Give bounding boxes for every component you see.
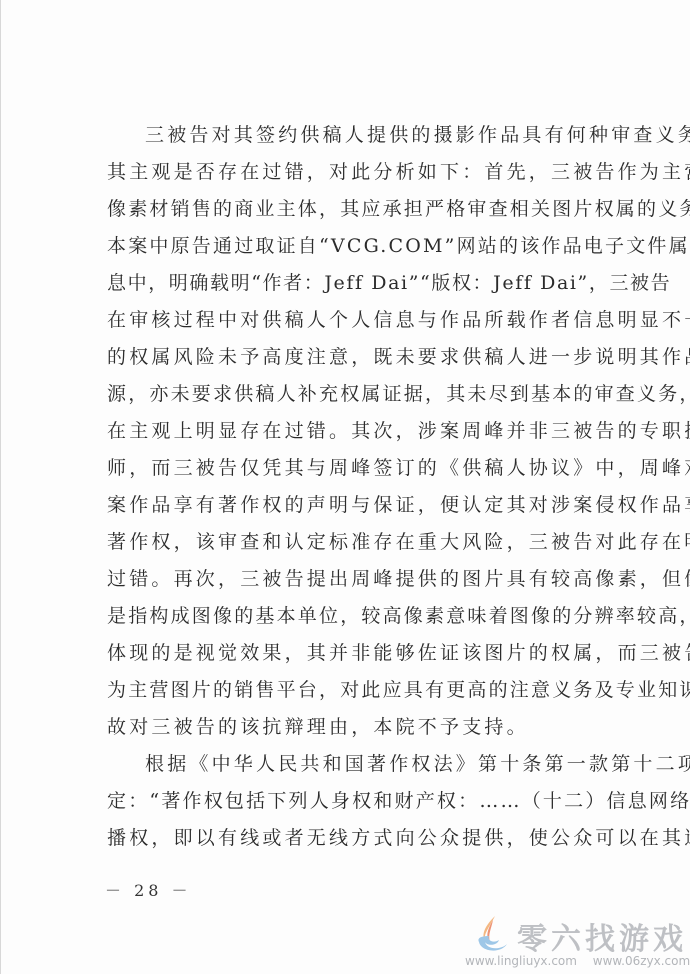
paragraph-1-line-2: 其主观是否存在过错，对此分析如下：首先，三被告作为主营图: [107, 154, 597, 191]
watermark: 零六找游戏 www.lingliuyx.com www.06zyx.com: [471, 912, 686, 970]
paragraph-1-line-9: 在主观上明显存在过错。其次，涉案周峰并非三被告的专职摄影: [107, 413, 597, 450]
paragraph-1-line-5: 息中，明确载明“作者：Jeff Dai”“版权：Jeff Dai”，三被告: [107, 265, 597, 302]
paragraph-1-line-8: 源，亦未要求供稿人补充权属证据，其未尽到基本的审查义务，: [107, 376, 597, 413]
paragraph-1-line-16: 为主营图片的销售平台，对此应具有更高的注意义务及专业知识，: [107, 672, 597, 709]
paragraph-1-line-4: 本案中原告通过取证自“VCG.COM”网站的该作品电子文件属性信: [107, 228, 597, 265]
paragraph-1-line-7: 的权属风险未予高度注意，既未要求供稿人进一步说明其作品来: [107, 339, 597, 376]
paragraph-2-line-3: 播权，即以有线或者无线方式向公众提供，使公众可以在其选定: [107, 820, 597, 857]
paragraph-1-line-1: 三被告对其签约供稿人提供的摄影作品具有何种审查义务，: [107, 117, 597, 154]
paragraph-1-line-14: 是指构成图像的基本单位，较高像素意味着图像的分辨率较高，: [107, 598, 597, 635]
paragraph-1-line-12: 著作权，该审查和认定标准存在重大风险，三被告对此存在明显: [107, 524, 597, 561]
paragraph-1-line-11: 案作品享有著作权的声明与保证，便认定其对涉案侵权作品享有: [107, 487, 597, 524]
paragraph-1-line-10: 师，而三被告仅凭其与周峰签订的《供稿人协议》中，周峰对涉: [107, 450, 597, 487]
watermark-url-2: www.06zyx.com: [593, 954, 690, 968]
paragraph-2-line-1: 根据《中华人民共和国著作权法》第十条第一款第十二项规: [107, 746, 597, 783]
flame-swirl-logo-icon: [471, 912, 515, 956]
paragraph-1-line-15: 体现的是视觉效果，其并非能够佐证该图片的权属，而三被告作: [107, 635, 597, 672]
watermark-urls: www.lingliuyx.com www.06zyx.com: [465, 954, 690, 968]
judgment-body-text: 三被告对其签约供稿人提供的摄影作品具有何种审查义务， 其主观是否存在过错，对此分…: [107, 117, 597, 857]
watermark-url-1: www.lingliuyx.com: [465, 954, 577, 968]
paragraph-1-line-13: 过错。再次，三被告提出周峰提供的图片具有较高像素，但像素: [107, 561, 597, 598]
document-page: 三被告对其签约供稿人提供的摄影作品具有何种审查义务， 其主观是否存在过错，对此分…: [0, 0, 690, 974]
paragraph-1-line-3: 像素材销售的商业主体，其应承担严格审查相关图片权属的义务，: [107, 191, 597, 228]
page-number: － 28 －: [105, 878, 192, 901]
paragraph-1-line-6: 在审核过程中对供稿人个人信息与作品所载作者信息明显不一致: [107, 302, 597, 339]
watermark-title: 零六找游戏: [517, 914, 687, 958]
paragraph-1-line-17: 故对三被告的该抗辩理由，本院不予支持。: [107, 709, 597, 746]
paragraph-2-line-2: 定：“著作权包括下列人身权和财产权：……（十二）信息网络传: [107, 783, 597, 820]
